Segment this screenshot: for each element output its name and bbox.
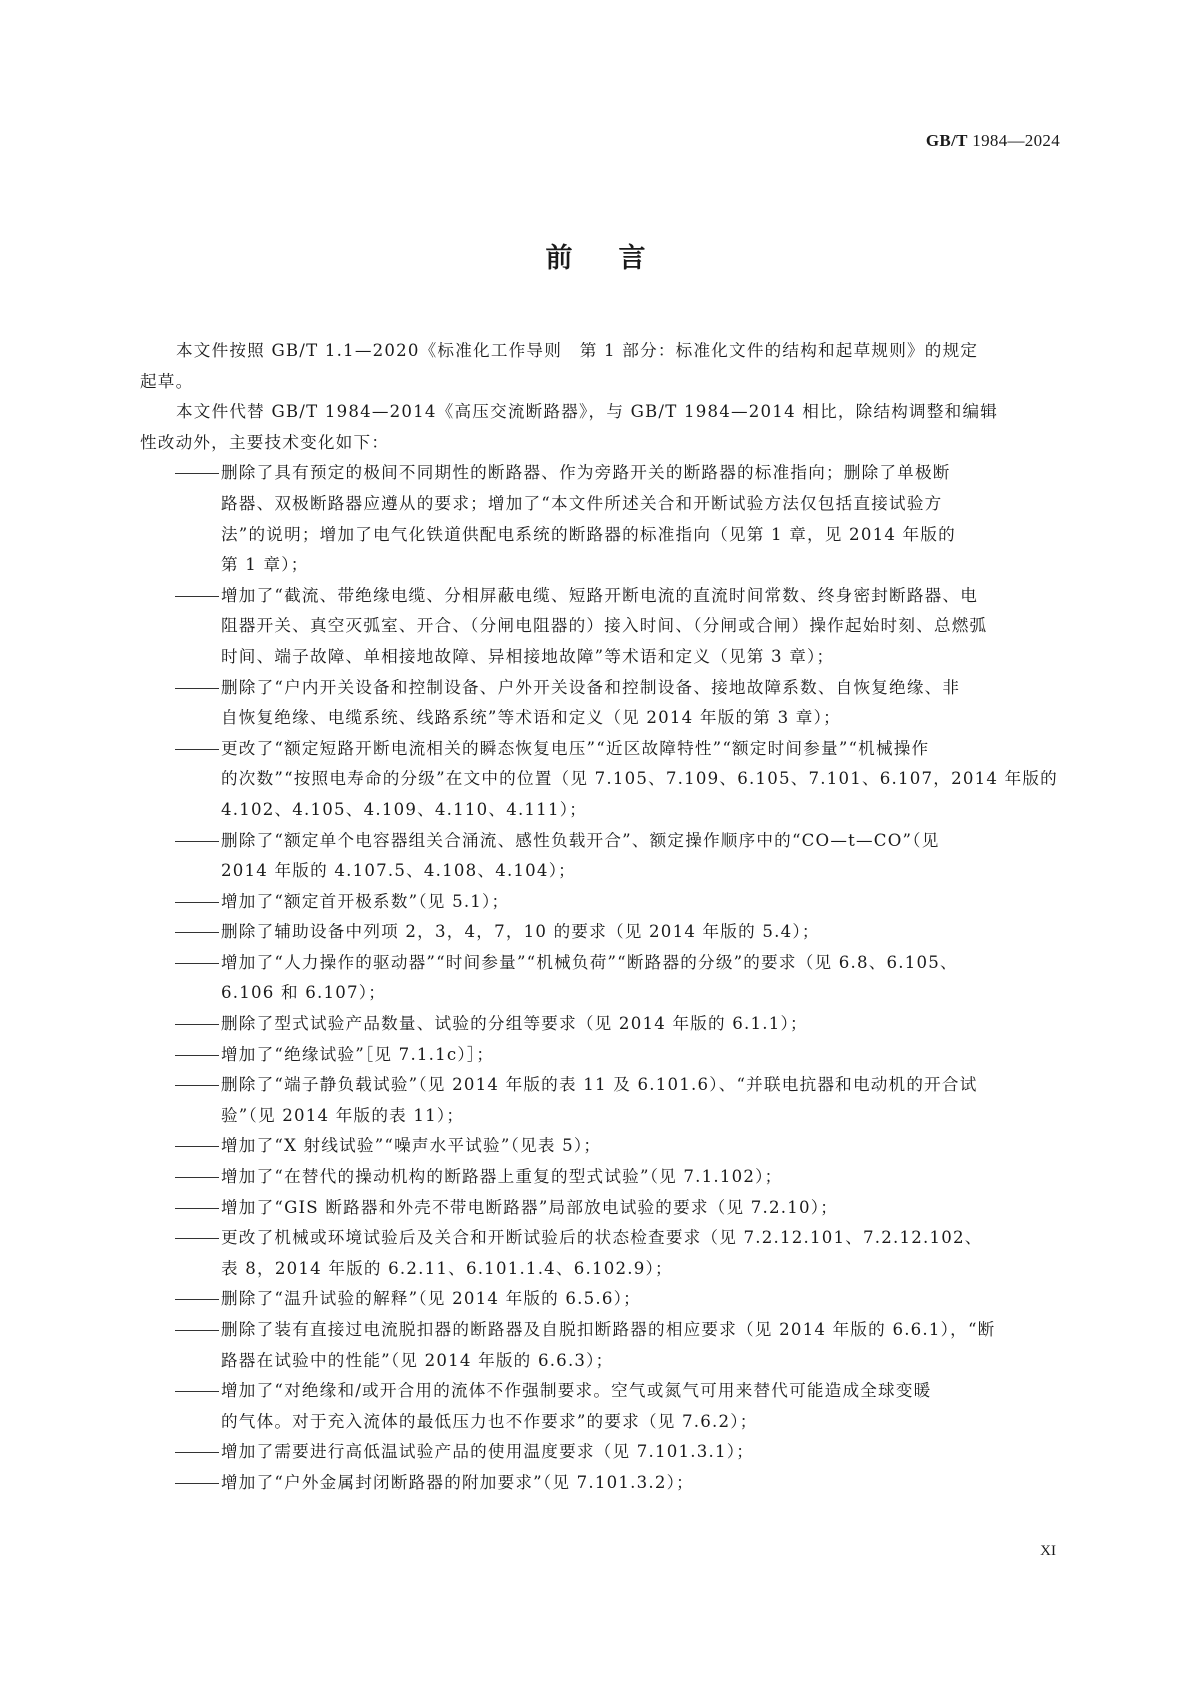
- list-item: 删除了“额定单个电容器组关合涌流、感性负载开合”、额定操作顺序中的“CO—t—C…: [140, 826, 1055, 887]
- list-item: 增加了“户外金属封闭断路器的附加要求”（见 7.101.3.2）；: [140, 1468, 1055, 1499]
- text-line: 法”的说明；增加了电气化铁道供配电系统的断路器的标准指向（见第 1 章，见 20…: [221, 520, 1055, 551]
- em-dash-bullet-icon: [175, 1193, 221, 1224]
- em-dash-bullet-icon: [175, 1070, 221, 1101]
- text-line: 增加了“额定首开极系数”（见 5.1）；: [221, 887, 1055, 918]
- list-item: 增加了“对绝缘和/或开合用的流体不作强制要求。空气或氮气可用来替代可能造成全球变…: [140, 1376, 1055, 1437]
- list-item: 删除了“端子静负载试验”（见 2014 年版的表 11 及 6.101.6）、“…: [140, 1070, 1055, 1131]
- text-line: 的次数”“按照电寿命的分级”在文中的位置（见 7.105、7.109、6.105…: [221, 764, 1055, 795]
- list-item: 增加了“GIS 断路器和外壳不带电断路器”局部放电试验的要求（见 7.2.10）…: [140, 1193, 1055, 1224]
- em-dash-bullet-icon: [175, 1468, 221, 1499]
- text-line: 第 1 章）；: [221, 550, 1055, 581]
- em-dash-bullet-icon: [175, 887, 221, 918]
- em-dash-bullet-icon: [175, 1376, 221, 1407]
- standard-code: GB/T 1984—2024: [926, 131, 1060, 151]
- text-line: 增加了“人力操作的驱动器”“时间参量”“机械负荷”“断路器的分级”的要求（见 6…: [221, 948, 1055, 979]
- em-dash-bullet-icon: [175, 1162, 221, 1193]
- standard-number: 1984—2024: [972, 131, 1060, 150]
- text-line: 阻器开关、真空灭弧室、开合、（分闸电阻器的）接入时间、（分闸或合闸）操作起始时刻…: [221, 611, 1055, 642]
- em-dash-bullet-icon: [175, 1131, 221, 1162]
- list-item: 增加了“额定首开极系数”（见 5.1）；: [140, 887, 1055, 918]
- em-dash-bullet-icon: [175, 1284, 221, 1315]
- page-number: XI: [1040, 1543, 1056, 1560]
- text-line: 本文件按照 GB/T 1.1—2020《标准化工作导则 第 1 部分：标准化文件…: [140, 336, 1055, 367]
- em-dash-bullet-icon: [175, 1437, 221, 1468]
- text-line: 删除了型式试验产品数量、试验的分组等要求（见 2014 年版的 6.1.1）；: [221, 1009, 1055, 1040]
- text-line: 起草。: [140, 367, 1055, 398]
- list-item: 更改了“额定短路开断电流相关的瞬态恢复电压”“近区故障特性”“额定时间参量”“机…: [140, 734, 1055, 826]
- text-line: 增加了需要进行高低温试验产品的使用温度要求（见 7.101.3.1）；: [221, 1437, 1055, 1468]
- em-dash-bullet-icon: [175, 673, 221, 704]
- text-line: 增加了“X 射线试验”“噪声水平试验”（见表 5）；: [221, 1131, 1055, 1162]
- paragraph: 本文件代替 GB/T 1984—2014《高压交流断路器》，与 GB/T 198…: [140, 397, 1055, 458]
- text-line: 路器、双极断路器应遵从的要求；增加了“本文件所述关合和开断试验方法仅包括直接试验…: [221, 489, 1055, 520]
- text-line: 增加了“在替代的操动机构的断路器上重复的型式试验”（见 7.1.102）；: [221, 1162, 1055, 1193]
- text-line: 更改了机械或环境试验后及关合和开断试验后的状态检查要求（见 7.2.12.101…: [221, 1223, 1055, 1254]
- list-item: 增加了“人力操作的驱动器”“时间参量”“机械负荷”“断路器的分级”的要求（见 6…: [140, 948, 1055, 1009]
- em-dash-bullet-icon: [175, 948, 221, 979]
- text-line: 删除了装有直接过电流脱扣器的断路器及自脱扣断路器的相应要求（见 2014 年版的…: [221, 1315, 1055, 1346]
- list-item: 增加了“在替代的操动机构的断路器上重复的型式试验”（见 7.1.102）；: [140, 1162, 1055, 1193]
- text-line: 增加了“绝缘试验”［见 7.1.1c）］；: [221, 1040, 1055, 1071]
- standard-prefix: GB/T: [926, 131, 968, 150]
- list-item: 删除了辅助设备中列项 2，3，4，7，10 的要求（见 2014 年版的 5.4…: [140, 917, 1055, 948]
- text-line: 6.106 和 6.107）；: [221, 978, 1055, 1009]
- text-line: 性改动外，主要技术变化如下：: [140, 428, 1055, 459]
- text-line: 本文件代替 GB/T 1984—2014《高压交流断路器》，与 GB/T 198…: [140, 397, 1055, 428]
- text-line: 4.102、4.105、4.109、4.110、4.111）；: [221, 795, 1055, 826]
- text-line: 自恢复绝缘、电缆系统、线路系统”等术语和定义（见 2014 年版的第 3 章）；: [221, 703, 1055, 734]
- text-line: 删除了辅助设备中列项 2，3，4，7，10 的要求（见 2014 年版的 5.4…: [221, 917, 1055, 948]
- list-item: 删除了装有直接过电流脱扣器的断路器及自脱扣断路器的相应要求（见 2014 年版的…: [140, 1315, 1055, 1376]
- text-line: 增加了“户外金属封闭断路器的附加要求”（见 7.101.3.2）；: [221, 1468, 1055, 1499]
- text-line: 验”（见 2014 年版的表 11）；: [221, 1101, 1055, 1132]
- em-dash-bullet-icon: [175, 1315, 221, 1346]
- text-line: 表 8，2014 年版的 6.2.11、6.101.1.4、6.102.9）；: [221, 1254, 1055, 1285]
- text-line: 路器在试验中的性能”（见 2014 年版的 6.6.3）；: [221, 1346, 1055, 1377]
- em-dash-bullet-icon: [175, 458, 221, 489]
- text-line: 2014 年版的 4.107.5、4.108、4.104）；: [221, 856, 1055, 887]
- list-item: 增加了“截流、带绝缘电缆、分相屏蔽电缆、短路开断电流的直流时间常数、终身密封断路…: [140, 581, 1055, 673]
- list-item: 删除了“户内开关设备和控制设备、户外开关设备和控制设备、接地故障系数、自恢复绝缘…: [140, 673, 1055, 734]
- text-line: 增加了“GIS 断路器和外壳不带电断路器”局部放电试验的要求（见 7.2.10）…: [221, 1193, 1055, 1224]
- text-line: 删除了“温升试验的解释”（见 2014 年版的 6.5.6）；: [221, 1284, 1055, 1315]
- text-line: 更改了“额定短路开断电流相关的瞬态恢复电压”“近区故障特性”“额定时间参量”“机…: [221, 734, 1055, 765]
- text-line: 的气体。对于充入流体的最低压力也不作要求”的要求（见 7.6.2）；: [221, 1407, 1055, 1438]
- list-item: 增加了需要进行高低温试验产品的使用温度要求（见 7.101.3.1）；: [140, 1437, 1055, 1468]
- text-line: 增加了“截流、带绝缘电缆、分相屏蔽电缆、短路开断电流的直流时间常数、终身密封断路…: [221, 581, 1055, 612]
- list-item: 增加了“X 射线试验”“噪声水平试验”（见表 5）；: [140, 1131, 1055, 1162]
- text-line: 删除了具有预定的极间不同期性的断路器、作为旁路开关的断路器的标准指向；删除了单极…: [221, 458, 1055, 489]
- list-item: 删除了“温升试验的解释”（见 2014 年版的 6.5.6）；: [140, 1284, 1055, 1315]
- page-title: 前言: [0, 236, 1191, 275]
- text-line: 删除了“户内开关设备和控制设备、户外开关设备和控制设备、接地故障系数、自恢复绝缘…: [221, 673, 1055, 704]
- list-item: 删除了型式试验产品数量、试验的分组等要求（见 2014 年版的 6.1.1）；: [140, 1009, 1055, 1040]
- list-item: 更改了机械或环境试验后及关合和开断试验后的状态检查要求（见 7.2.12.101…: [140, 1223, 1055, 1284]
- em-dash-bullet-icon: [175, 581, 221, 612]
- document-body: 本文件按照 GB/T 1.1—2020《标准化工作导则 第 1 部分：标准化文件…: [140, 336, 1055, 1499]
- text-line: 删除了“额定单个电容器组关合涌流、感性负载开合”、额定操作顺序中的“CO—t—C…: [221, 826, 1055, 857]
- em-dash-bullet-icon: [175, 1223, 221, 1254]
- text-line: 增加了“对绝缘和/或开合用的流体不作强制要求。空气或氮气可用来替代可能造成全球变…: [221, 1376, 1055, 1407]
- em-dash-bullet-icon: [175, 826, 221, 857]
- em-dash-bullet-icon: [175, 917, 221, 948]
- em-dash-bullet-icon: [175, 1040, 221, 1071]
- text-line: 时间、端子故障、单相接地故障、异相接地故障”等术语和定义（见第 3 章）；: [221, 642, 1055, 673]
- list-item: 删除了具有预定的极间不同期性的断路器、作为旁路开关的断路器的标准指向；删除了单极…: [140, 458, 1055, 580]
- paragraph: 本文件按照 GB/T 1.1—2020《标准化工作导则 第 1 部分：标准化文件…: [140, 336, 1055, 397]
- text-line: 删除了“端子静负载试验”（见 2014 年版的表 11 及 6.101.6）、“…: [221, 1070, 1055, 1101]
- list-item: 增加了“绝缘试验”［见 7.1.1c）］；: [140, 1040, 1055, 1071]
- em-dash-bullet-icon: [175, 1009, 221, 1040]
- em-dash-bullet-icon: [175, 734, 221, 765]
